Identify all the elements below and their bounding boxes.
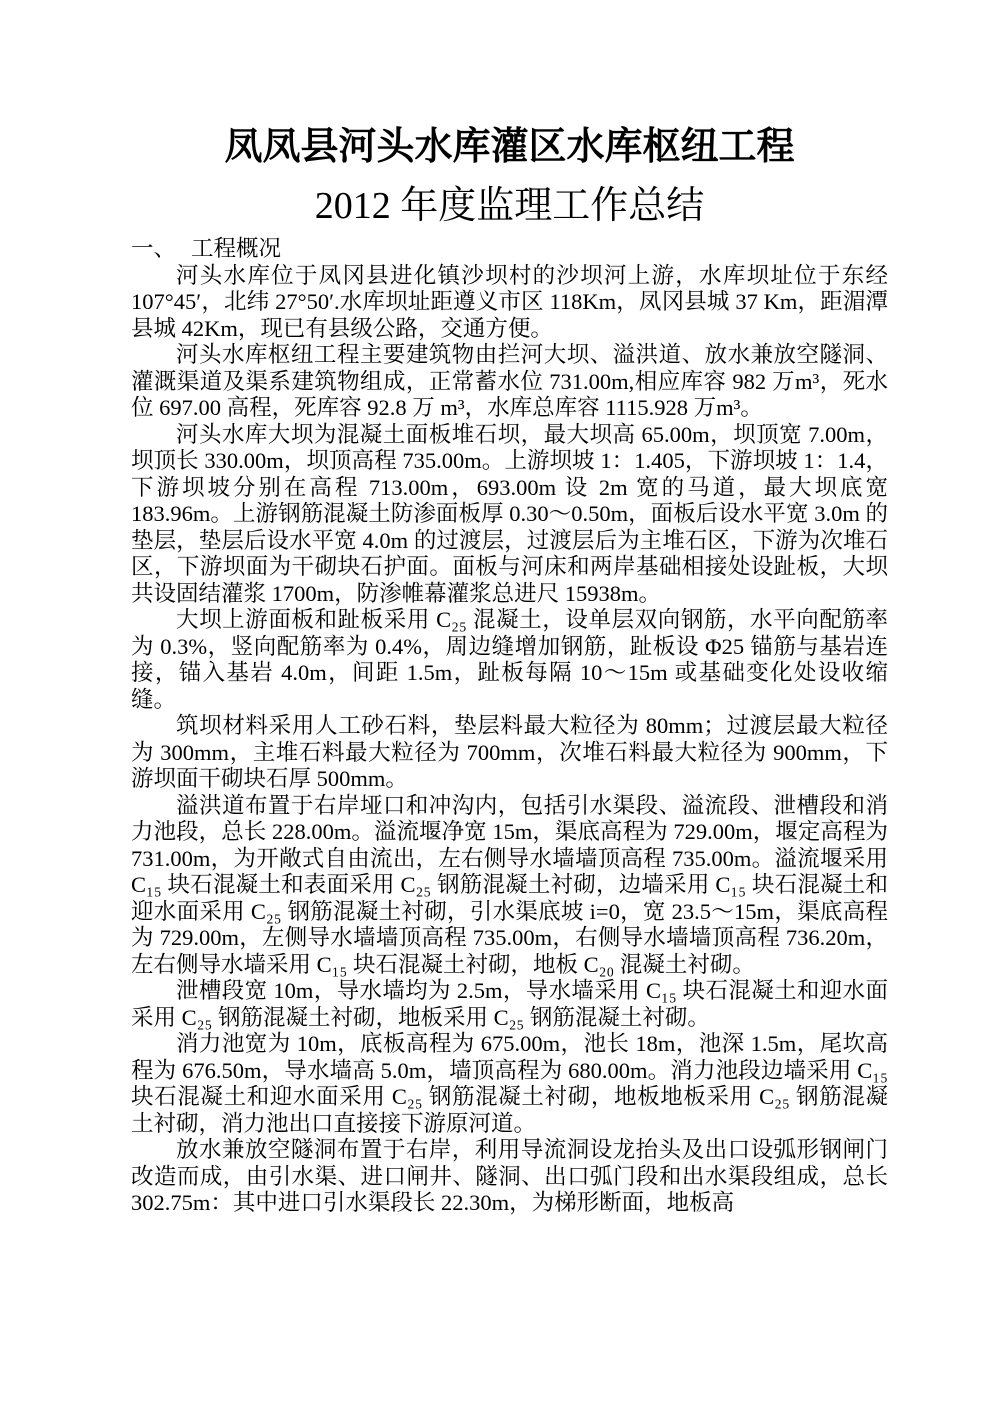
document-title-line1: 凤凤县河头水库灌区水库枢纽工程 — [131, 118, 888, 177]
paragraph-location: 河头水库位于凤冈县进化镇沙坝村的沙坝河上游，水库坝址位于东经 107°45′，北… — [131, 263, 888, 343]
paragraph-dam-structure: 河头水库大坝为混凝土面板堆石坝，最大坝高 65.00m，坝顶宽 7.00m，坝顶… — [131, 422, 888, 608]
paragraph-stilling-basin: 消力池宽为 10m，底板高程为 675.00m，池长 18m，池深 1.5m，尾… — [131, 1031, 888, 1137]
paragraph-chute-section: 泄槽段宽 10m，导水墙均为 2.5m，导水墙采用 C₁₅ 块石混凝土和迎水面采… — [131, 978, 888, 1031]
section-heading: 一、工程概况 — [131, 236, 888, 263]
section-number: 一、 — [131, 236, 176, 261]
paragraph-spillway: 溢洪道布置于右岸垭口和冲沟内，包括引水渠段、溢流段、泄槽段和消力池段，总长 22… — [131, 793, 888, 979]
document-content: 凤凤县河头水库灌区水库枢纽工程 2012 年度监理工作总结 一、工程概况 河头水… — [0, 0, 1000, 1217]
paragraph-face-slab: 大坝上游面板和趾板采用 C₂₅ 混凝土，设单层双向钢筋，水平向配筋率为 0.3%… — [131, 607, 888, 713]
document-title-line2: 2012 年度监理工作总结 — [131, 177, 888, 236]
paragraph-dam-materials: 筑坝材料采用人工砂石料，垫层料最大粒径为 80mm；过渡层最大粒径为 300mm… — [131, 713, 888, 793]
document-page: 凤凤县河头水库灌区水库枢纽工程 2012 年度监理工作总结 一、工程概况 河头水… — [0, 0, 1000, 1415]
section-title: 工程概况 — [191, 236, 281, 261]
paragraph-project-overview: 河头水库枢纽工程主要建筑物由拦河大坝、溢洪道、放水兼放空隧洞、灌溉渠道及渠系建筑… — [131, 342, 888, 422]
paragraph-discharge-tunnel: 放水兼放空隧洞布置于右岸，利用导流洞设龙抬头及出口设弧形钢闸门改造而成，由引水渠… — [131, 1137, 888, 1217]
